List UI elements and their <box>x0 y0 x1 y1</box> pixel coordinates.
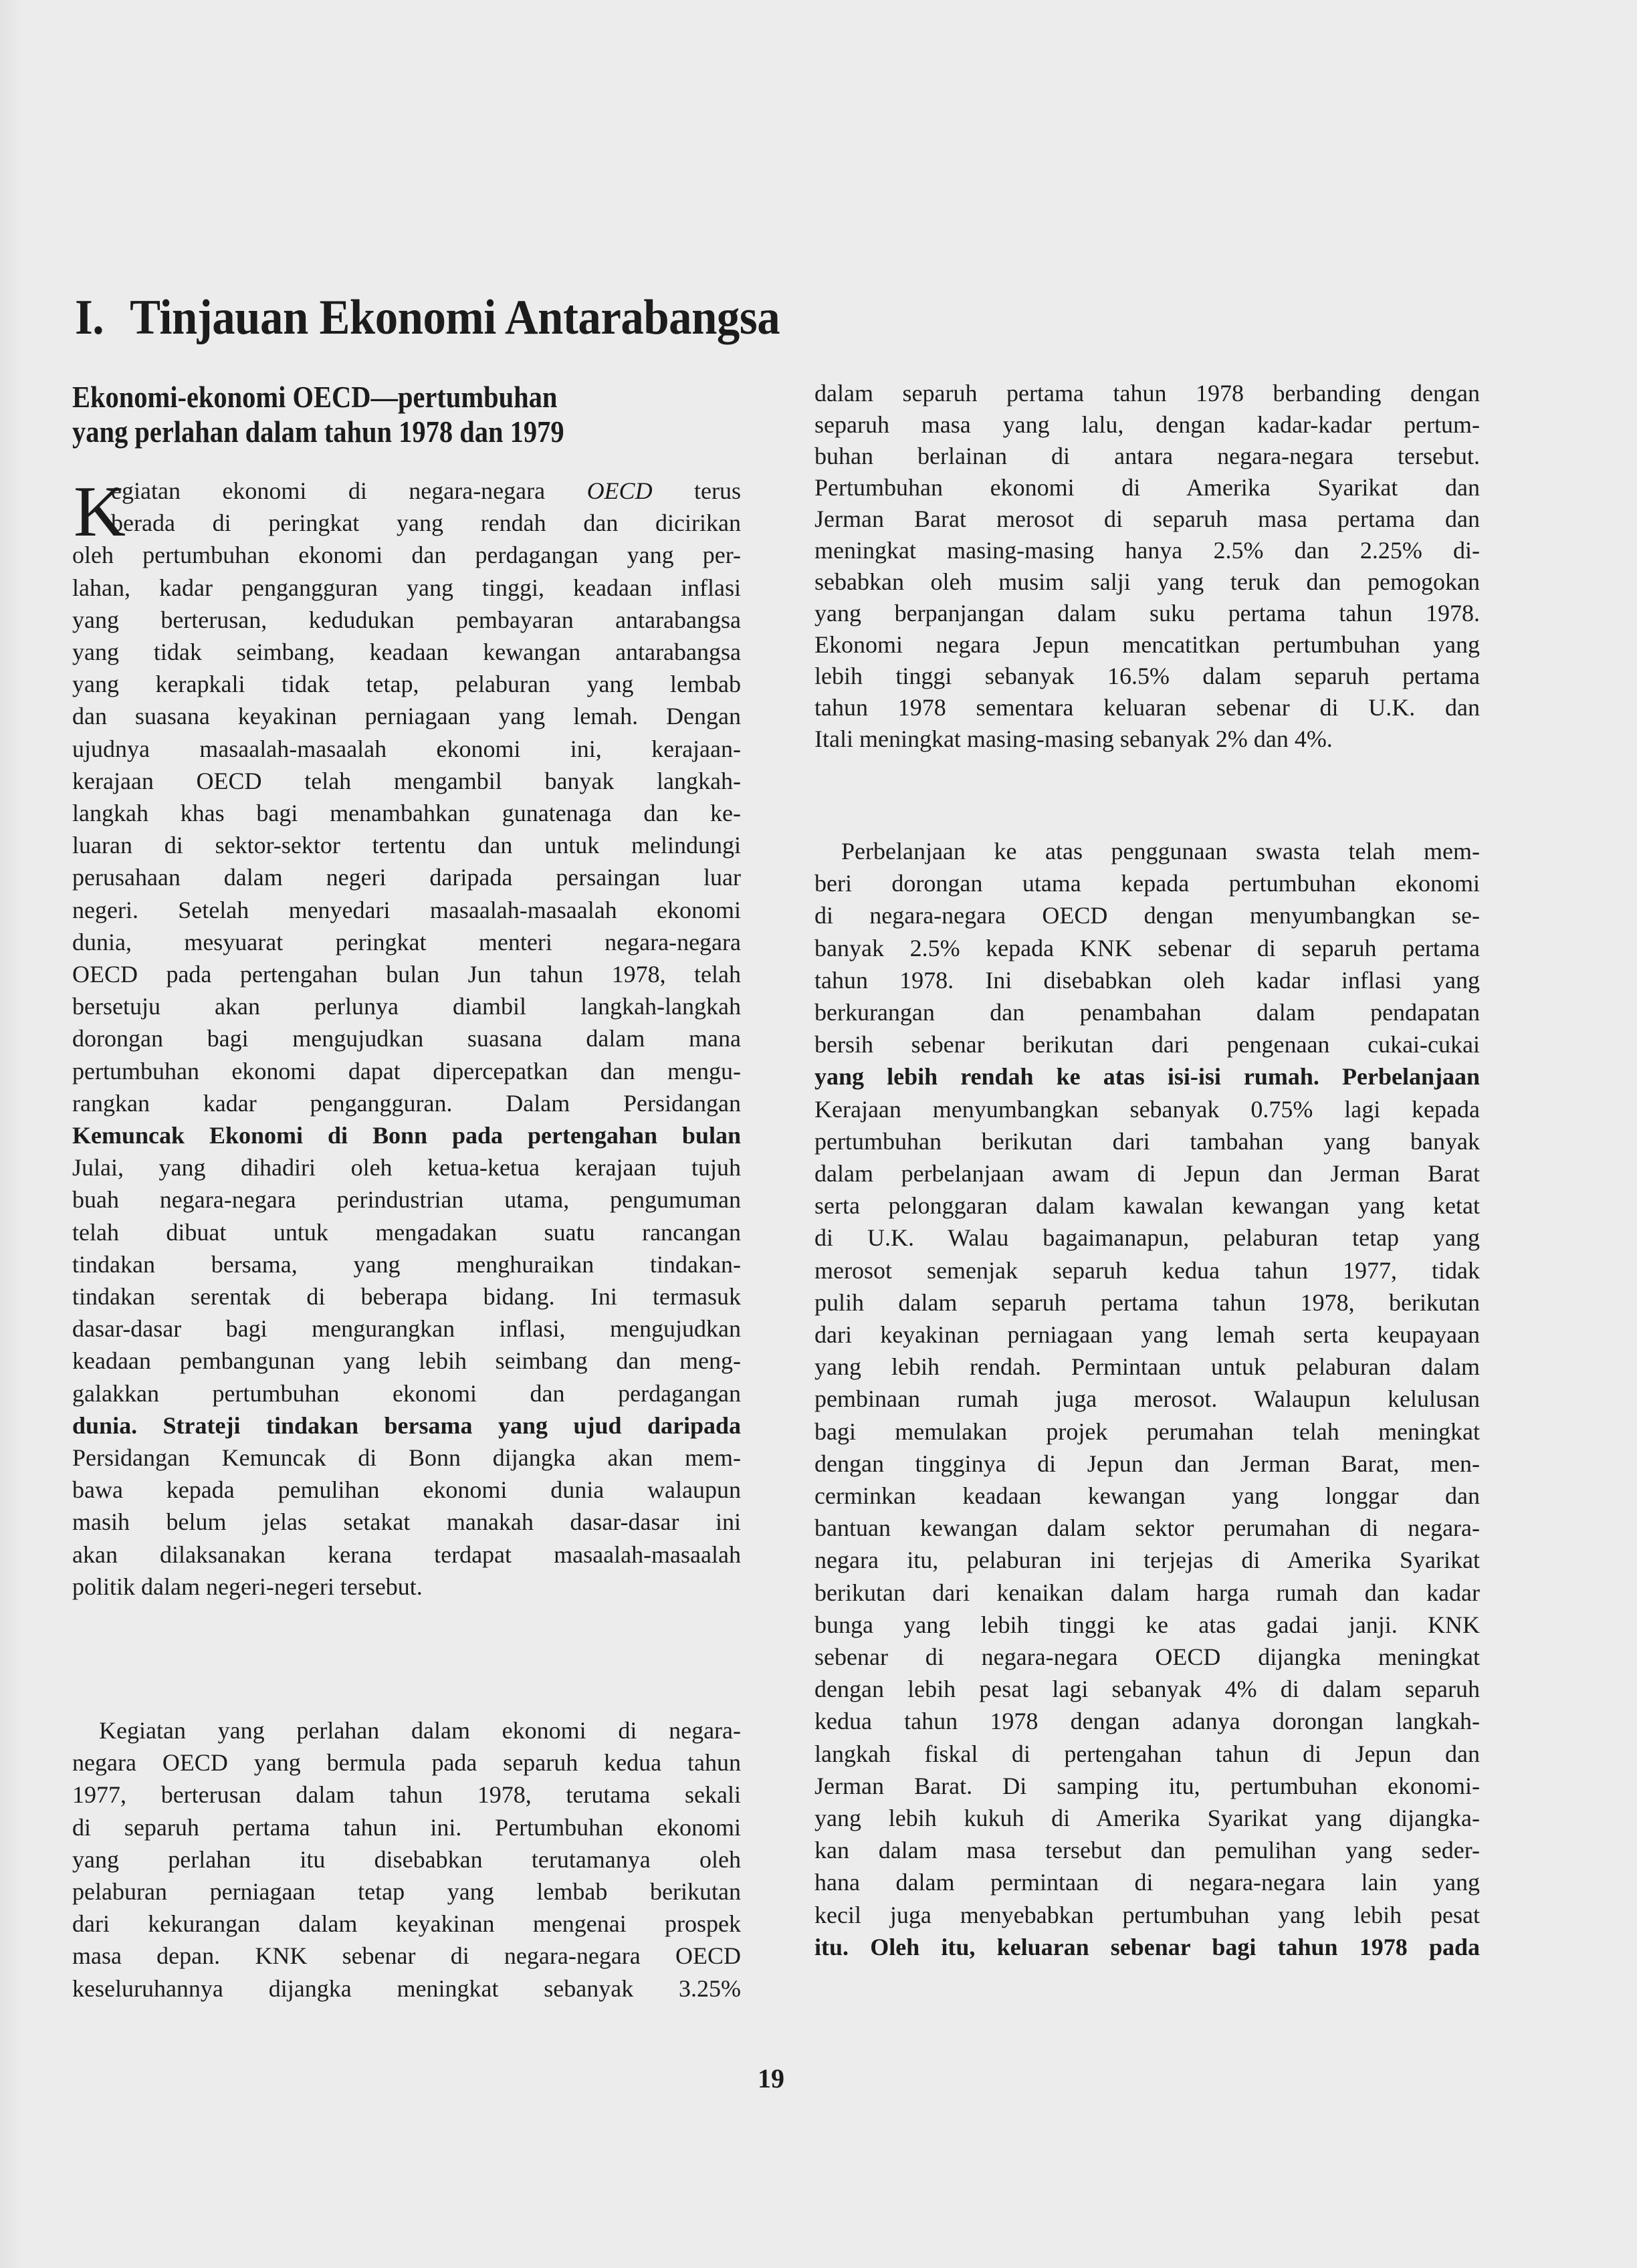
text-line: Kemuncak Ekonomi di Bonn pada pertengaha… <box>72 1122 741 1149</box>
text-line: Persidangan Kemuncak di Bonn dijangka ak… <box>72 1444 741 1471</box>
text-line: dengan lebih pesat lagi sebanyak 4% di d… <box>814 1676 1480 1702</box>
text-line: kedua tahun 1978 dengan adanya dorongan … <box>814 1708 1480 1734</box>
text-line: di negara-negara OECD dengan menyumbangk… <box>814 902 1480 929</box>
text-line: ujudnya masaalah-masaalah ekonomi ini, k… <box>72 735 741 762</box>
text-line: Kegiatan yang perlahan dalam ekonomi di … <box>72 1717 741 1744</box>
text-line: Itali meningkat masing-masing sebanyak 2… <box>814 725 1480 752</box>
text-line: galakkan pertumbuhan ekonomi dan perdaga… <box>72 1380 741 1407</box>
text-line: Ekonomi negara Jepun mencatitkan pertumb… <box>814 631 1480 658</box>
text-line: yang tidak seimbang, keadaan kewangan an… <box>72 639 741 665</box>
text-line: perusahaan dalam negeri daripada persain… <box>72 864 741 891</box>
text-line: merosot semenjak separuh kedua tahun 197… <box>814 1257 1480 1284</box>
section-title-text: Tinjauan Ekonomi Antarabangsa <box>130 290 780 345</box>
text-line: 1977, berterusan dalam tahun 1978, terut… <box>72 1781 741 1808</box>
text-line: kecil juga menyebabkan pertumbuhan yang … <box>814 1902 1480 1928</box>
bold-text: dunia. Strateji tindakan bersama yang uj… <box>72 1412 741 1439</box>
subheading: Ekonomi-ekonomi OECD—pertumbuhan yang pe… <box>72 380 564 449</box>
text-line: lebih tinggi sebanyak 16.5% dalam separu… <box>814 663 1480 689</box>
text-line: Kerajaan menyumbangkan sebanyak 0.75% la… <box>814 1096 1480 1123</box>
text-line: yang berpanjangan dalam suku pertama tah… <box>814 600 1480 627</box>
text-line: dunia, mesyuarat peringkat menteri negar… <box>72 929 741 955</box>
text-line: Perbelanjaan ke atas penggunaan swasta t… <box>814 838 1480 865</box>
text-line: berada di peringkat yang rendah dan dici… <box>72 509 741 536</box>
text-line: tindakan serentak di beberapa bidang. In… <box>72 1283 741 1310</box>
text-line: negara OECD yang bermula pada separuh ke… <box>72 1749 741 1776</box>
text-line: yang perlahan itu disebabkan terutamanya… <box>72 1846 741 1873</box>
bold-text: Kemuncak Ekonomi di Bonn pada pertengaha… <box>72 1122 741 1149</box>
text-line: langkah fiskal di pertengahan tahun di J… <box>814 1740 1480 1767</box>
text-line: tahun 1978 sementara keluaran sebenar di… <box>814 694 1480 721</box>
page-edge-shadow <box>0 0 23 2268</box>
text-line: separuh masa yang lalu, dengan kadar-kad… <box>814 411 1480 438</box>
text-line: pertumbuhan berikutan dari tambahan yang… <box>814 1128 1480 1155</box>
text-line: dengan tingginya di Jepun dan Jerman Bar… <box>814 1450 1480 1477</box>
text-line: tindakan bersama, yang menghuraikan tind… <box>72 1251 741 1278</box>
text-line: pembinaan rumah juga merosot. Walaupun k… <box>814 1385 1480 1412</box>
text-line: berkurangan dan penambahan dalam pendapa… <box>814 999 1480 1026</box>
bold-text: itu. Oleh itu, keluaran sebenar bagi tah… <box>814 1934 1480 1960</box>
text-line: banyak 2.5% kepada KNK sebenar di separu… <box>814 935 1480 961</box>
text-line: meningkat masing-masing hanya 2.5% dan 2… <box>814 537 1480 564</box>
text-line: dalam perbelanjaan awam di Jepun dan Jer… <box>814 1160 1480 1187</box>
subheading-line: yang perlahan dalam tahun 1978 dan 1979 <box>72 415 564 449</box>
text-line: Pertumbuhan ekonomi di Amerika Syarikat … <box>814 474 1480 501</box>
text-line: hana dalam permintaan di negara-negara l… <box>814 1869 1480 1896</box>
text-line: Jerman Barat. Di samping itu, pertumbuha… <box>814 1773 1480 1799</box>
text-line: sebenar di negara-negara OECD dijangka m… <box>814 1643 1480 1670</box>
text-line: serta pelonggaran dalam kawalan kewangan… <box>814 1192 1480 1219</box>
text-line: negeri. Setelah menyedari masaalah-masaa… <box>72 897 741 923</box>
text-line: OECD pada pertengahan bulan Jun tahun 19… <box>72 961 741 988</box>
text-line: bawa kepada pemulihan ekonomi dunia wala… <box>72 1476 741 1503</box>
text-line: langkah khas bagi menambahkan gunatenaga… <box>72 800 741 826</box>
page-number: 19 <box>758 2063 784 2094</box>
text-line: Julai, yang dihadiri oleh ketua-ketua ke… <box>72 1154 741 1181</box>
text-line: dasar-dasar bagi mengurangkan inflasi, m… <box>72 1315 741 1342</box>
text-line: bagi memulakan projek perumahan telah me… <box>814 1418 1480 1445</box>
text-line: buhan berlainan di antara negara-negara … <box>814 443 1480 469</box>
text-line: itu. Oleh itu, keluaran sebenar bagi tah… <box>814 1934 1480 1960</box>
bold-text: yang lebih rendah ke atas isi-isi rumah.… <box>814 1063 1480 1090</box>
text-line: pulih dalam separuh pertama tahun 1978, … <box>814 1289 1480 1316</box>
text-line: kerajaan OECD telah mengambil banyak lan… <box>72 768 741 794</box>
text-line: akan dilaksanakan kerana terdapat masaal… <box>72 1541 741 1568</box>
text-line: yang kerapkali tidak tetap, pelaburan ya… <box>72 671 741 697</box>
text-line: dalam separuh pertama tahun 1978 berband… <box>814 380 1480 407</box>
text-line: keseluruhannya dijangka meningkat sebany… <box>72 1975 741 2002</box>
text-line: yang lebih rendah ke atas isi-isi rumah.… <box>814 1063 1480 1090</box>
text-line: bersetuju akan perlunya diambil langkah-… <box>72 993 741 1020</box>
subheading-line: Ekonomi-ekonomi OECD—pertumbuhan <box>72 380 564 415</box>
text-line: cerminkan keadaan kewangan yang longgar … <box>814 1482 1480 1509</box>
text-line: di U.K. Walau bagaimanapun, pelaburan te… <box>814 1224 1480 1251</box>
text-line: egiatan ekonomi di negara-negara OECD te… <box>72 477 741 504</box>
section-number: I. <box>75 290 104 345</box>
text-line: sebabkan oleh musim salji yang teruk dan… <box>814 568 1480 595</box>
text-line: yang lebih rendah. Permintaan untuk pela… <box>814 1353 1480 1380</box>
text-line: dorongan bagi mengujudkan suasana dalam … <box>72 1025 741 1052</box>
text-line: pelaburan perniagaan tetap yang lembab b… <box>72 1878 741 1905</box>
section-title: I.Tinjauan Ekonomi Antarabangsa <box>75 293 780 342</box>
text-line: yang lebih kukuh di Amerika Syarikat yan… <box>814 1805 1480 1831</box>
text-line: bantuan kewangan dalam sektor perumahan … <box>814 1514 1480 1541</box>
text-line: negara itu, pelaburan ini terjejas di Am… <box>814 1547 1480 1573</box>
text-line: masa depan. KNK sebenar di negara-negara… <box>72 1942 741 1969</box>
text-line: berikutan dari kenaikan dalam harga ruma… <box>814 1579 1480 1606</box>
text-line: politik dalam negeri-negeri tersebut. <box>72 1573 741 1600</box>
text-line: yang berterusan, kedudukan pembayaran an… <box>72 606 741 633</box>
text-line: keadaan pembangunan yang lebih seimbang … <box>72 1347 741 1374</box>
text-line: dunia. Strateji tindakan bersama yang uj… <box>72 1412 741 1439</box>
text-line: luaran di sektor-sektor tertentu dan unt… <box>72 832 741 859</box>
text-line: dari kekurangan dalam keyakinan mengenai… <box>72 1910 741 1937</box>
text-line: Jerman Barat merosot di separuh masa per… <box>814 505 1480 532</box>
text-line: pertumbuhan ekonomi dapat dipercepatkan … <box>72 1058 741 1085</box>
text-line: telah dibuat untuk mengadakan suatu ranc… <box>72 1219 741 1246</box>
italic-text: OECD <box>587 477 653 504</box>
text-line: lahan, kadar pengangguran yang tinggi, k… <box>72 574 741 601</box>
text-line: bunga yang lebih tinggi ke atas gadai ja… <box>814 1611 1480 1638</box>
text-line: beri dorongan utama kepada pertumbuhan e… <box>814 870 1480 897</box>
text-line: kan dalam masa tersebut dan pemulihan ya… <box>814 1837 1480 1863</box>
text-line: masih belum jelas setakat manakah dasar-… <box>72 1508 741 1535</box>
text-line: tahun 1978. Ini disebabkan oleh kadar in… <box>814 967 1480 994</box>
text-line: dari keyakinan perniagaan yang lemah ser… <box>814 1321 1480 1348</box>
text-line: bersih sebenar berikutan dari pengenaan … <box>814 1031 1480 1058</box>
text-line: rangkan kadar pengangguran. Dalam Persid… <box>72 1090 741 1117</box>
text-line: dan suasana keyakinan perniagaan yang le… <box>72 703 741 729</box>
text-line: oleh pertumbuhan ekonomi dan perdagangan… <box>72 542 741 568</box>
text-line: buah negara-negara perindustrian utama, … <box>72 1186 741 1213</box>
text-line: di separuh pertama tahun ini. Pertumbuha… <box>72 1814 741 1841</box>
